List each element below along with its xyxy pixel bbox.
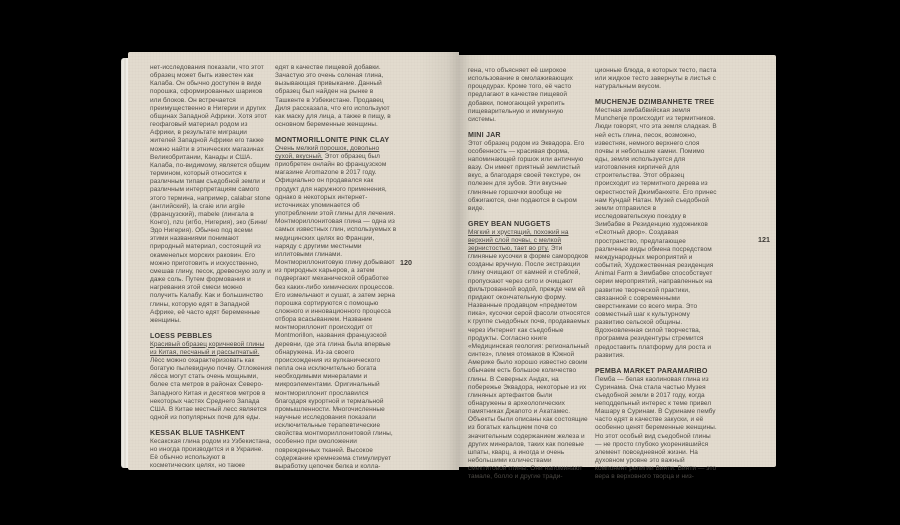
- section-body: Этот образец был приобретен онлайн во фр…: [275, 153, 396, 470]
- paragraph: Местная зимбабвийская земля Munchenje пр…: [595, 107, 717, 360]
- section-lead: Красивый образец коричневой глины из Кит…: [150, 341, 264, 356]
- left-page-column-2: едят в качестве пищевой добавки. Зачасту…: [275, 64, 397, 471]
- paragraph: едят в качестве пищевой добавки. Зачасту…: [275, 64, 397, 129]
- section-heading: MUCHENJE DZIMBANHETE TREE: [595, 98, 717, 107]
- section-body: Лёсс можно охарактеризовать как богатую …: [150, 357, 272, 421]
- section-body: Этот образец родом из Эквадора. Его особ…: [468, 140, 584, 212]
- right-page-column-1: гена, что объясняет её широкое использов…: [468, 67, 590, 482]
- paragraph: ционные блюда, в которых тесто, паста ил…: [595, 67, 717, 91]
- section-body: Местная зимбабвийская земля Munchenje пр…: [595, 107, 717, 359]
- section-body: Эти глиняные кусочки в форме самородков …: [468, 245, 590, 480]
- paragraph: Пемба — белая каолиновая глина из Сурина…: [595, 376, 717, 482]
- left-page-column-1: нет-исследования показали, что этот обра…: [150, 64, 272, 470]
- paragraph: Мягкий и хрустящий, похожий на верхний с…: [468, 229, 590, 482]
- left-page: нет-исследования показали, что этот обра…: [128, 52, 459, 470]
- right-page-column-2: ционные блюда, в которых тесто, паста ил…: [595, 67, 717, 482]
- paragraph: нет-исследования показали, что этот обра…: [150, 64, 272, 325]
- paragraph: Красивый образец коричневой глины из Кит…: [150, 341, 272, 423]
- open-book-spread: нет-исследования показали, что этот обра…: [0, 0, 900, 525]
- section-heading: MONTMORILLONITE PINK CLAY: [275, 136, 397, 145]
- section-heading: PEMBA MARKET PARAMARIBO: [595, 367, 717, 376]
- paragraph: Этот образец родом из Эквадора. Его особ…: [468, 140, 590, 213]
- section-body: Кесакская глина родом из Узбекистана, но…: [150, 438, 271, 469]
- page-number: 120: [400, 258, 412, 267]
- paragraph: Очень мелкий порошок, довольно сухой, вк…: [275, 145, 397, 471]
- section-heading: KESSAK BLUE TASHKENT: [150, 429, 272, 438]
- section-heading: MINI JAR: [468, 131, 590, 140]
- section-heading: LOESS PEBBLES: [150, 332, 272, 341]
- right-page: гена, что объясняет её широкое использов…: [458, 55, 776, 467]
- section-body: Пемба — белая каолиновая глина из Сурина…: [595, 376, 717, 481]
- gutter-shadow: [419, 52, 459, 470]
- paragraph: гена, что объясняет её широкое использов…: [468, 67, 590, 124]
- paragraph: Кесакская глина родом из Узбекистана, но…: [150, 438, 272, 471]
- section-heading: GREY BEAN NUGGETS: [468, 220, 590, 229]
- page-number: 121: [758, 235, 770, 244]
